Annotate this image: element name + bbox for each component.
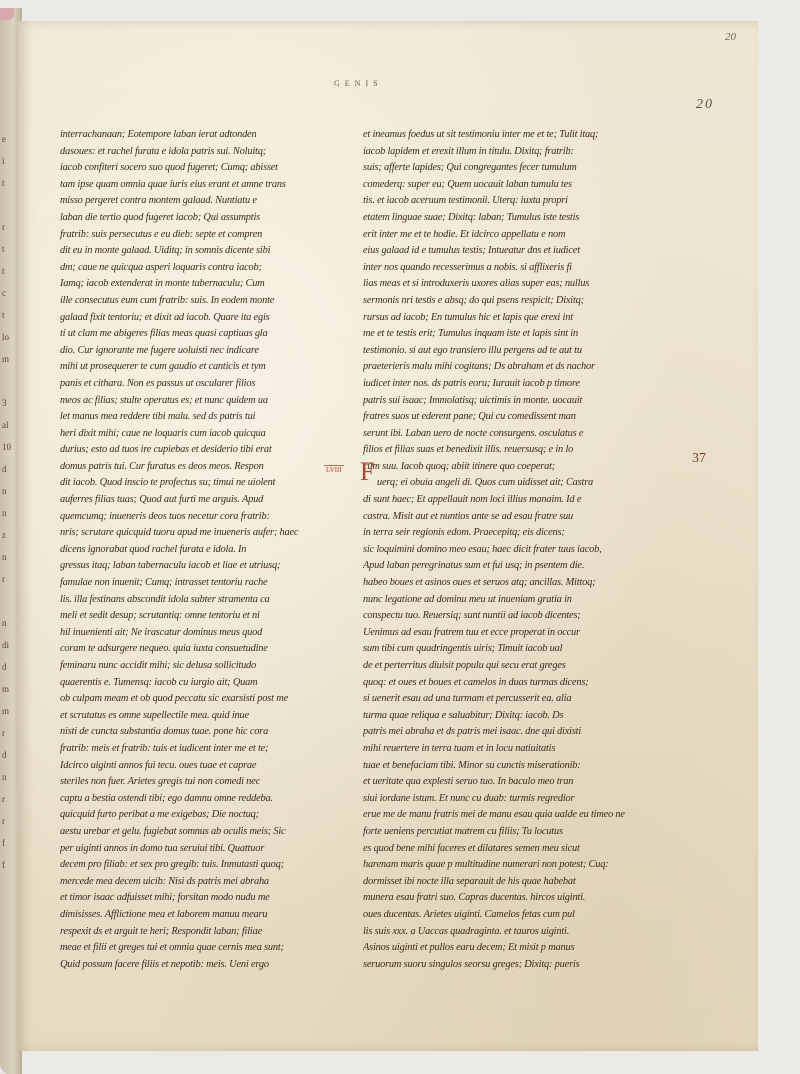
text-line: forte ueniens percutiat matrem cu filiis… (363, 824, 663, 841)
text-line: me et te testis erit; Tumulus inquam ist… (363, 326, 663, 343)
text-line: fratrib: meis et fratrib: tuis et iudice… (60, 741, 342, 758)
text-line: uerq; ei obuia angeli di. Quos cum uidis… (363, 475, 663, 492)
text-line: meos ac filias; stulte operatus es; et n… (60, 393, 342, 410)
text-line: erue me de manu fratris mei de manu esau… (363, 807, 663, 824)
text-line: Asinos uiginti et pullos earu decem; Et … (363, 940, 663, 957)
text-line: et timor isaac adfuisset mihi; forsitan … (60, 890, 342, 907)
text-line: mihi reuertere in terra tuam et in locu … (363, 741, 663, 758)
marginal-chapter-number: 37 (692, 451, 706, 467)
text-line: comederq: super eu; Quem uocauit laban t… (363, 177, 663, 194)
text-line: meae et filii et greges tui et omnia qua… (60, 940, 342, 957)
text-line: filios et filias suas et benedixit illis… (363, 442, 663, 459)
text-line: dit iacob. Quod inscio te profectus su; … (60, 475, 342, 492)
text-line: et ineamus foedus ut sit testimoniu inte… (363, 127, 663, 144)
text-line: et ueritate qua explesti seruo tuo. In b… (363, 774, 663, 791)
chapter-marker: LVIII (324, 465, 344, 474)
text-line: feminaru nunc accidit mihi; sic delusa s… (60, 658, 342, 675)
text-line: domus patris tui. Cur furatus es deos me… (60, 459, 342, 476)
text-line: eius galaad id e tumulus testis; Intueat… (363, 243, 663, 260)
text-line: hil inuenienti ait; Ne irascatur dominus… (60, 625, 342, 642)
text-line: fratres suos ut ederent pane; Qui cu com… (363, 409, 663, 426)
text-line: lias meas et si introduxeris uxores alia… (363, 276, 663, 293)
text-line: di sunt haec; Et appellauit nom loci ill… (363, 492, 663, 509)
text-line: respexit ds et arguit te heri; Respondit… (60, 924, 342, 941)
text-line: lis. illa festinans abscondit idola subt… (60, 592, 342, 609)
text-line: nris; scrutare quicquid tuoru apud me in… (60, 525, 342, 542)
text-line: sic loquimini domino meo esau; haec dici… (363, 542, 663, 559)
text-line: per uiginti annos in domo tua seruiui ti… (60, 841, 342, 858)
text-line: dicens ignorabat quod rachel furata e id… (60, 542, 342, 559)
text-line: Quid possum facere filiis et nepotib: me… (60, 957, 342, 974)
text-line: coram te adsurgere nequeo. quia iuxta co… (60, 641, 342, 658)
text-line: serunt ibi. Laban uero de nocte consurge… (363, 426, 663, 443)
page-tab-marker (0, 8, 14, 20)
text-line: testimonio. si aut ego transiero illu pe… (363, 343, 663, 360)
text-line: dasoues: et rachel furata e idola patris… (60, 144, 342, 161)
folio-number-pencil: 20 (725, 31, 736, 43)
text-line: dio. Cur ignorante me fugere uoluisti ne… (60, 343, 342, 360)
text-line: dormisset ibi nocte illa separauit de hi… (363, 874, 663, 891)
text-line: laban die tertio quod fugeret iacob; Qui… (60, 210, 342, 227)
text-line: quoq: et oues et boues et camelos in dua… (363, 675, 663, 692)
text-line: nunc legatione ad dominu meu ut inueniam… (363, 592, 663, 609)
text-line: auferres filias tuas; Quod aut furti me … (60, 492, 342, 509)
text-line: etatem linguae suae; Dixitq: laban; Tumu… (363, 210, 663, 227)
text-line: patris sui isaac; Immolatisq; uictimis i… (363, 393, 663, 410)
text-line: harenam maris quae p multitudine numerar… (363, 857, 663, 874)
text-line: decem pro filiab: et sex pro gregib: tui… (60, 857, 342, 874)
text-line: cum suu. Iacob quoq; abiit itinere quo c… (363, 459, 663, 476)
text-line: si uenerit esau ad una turmam et percuss… (363, 691, 663, 708)
text-column-left: interrachanaan; Eotempore laban ierat ad… (60, 127, 342, 973)
text-line: ti ut clam me abigeres filias meas quasi… (60, 326, 342, 343)
text-line: inter nos quando recesserimus a nobis. s… (363, 260, 663, 277)
text-line: panis et cithara. Non es passus ut oscul… (60, 376, 342, 393)
text-line: erit inter me et te hodie. Et idcirco ap… (363, 227, 663, 244)
text-line: Idcirco uiginti annos fui tecu. oues tua… (60, 758, 342, 775)
text-line: praeterieris malu mihi cogitans; Ds abra… (363, 359, 663, 376)
text-line: lis suis xxx. a Uaccas quadraginta. et t… (363, 924, 663, 941)
text-line: interrachanaan; Eotempore laban ierat ad… (60, 127, 342, 144)
text-line: et scrutatus es omne supellectile mea. q… (60, 708, 342, 725)
text-line: galaad fixit tentoriu; et dixit ad iacob… (60, 310, 342, 327)
text-line: iacob confiteri socero suo quod fugeret;… (60, 160, 342, 177)
text-line: aestu urebar et gelu. fugiebat somnus ab… (60, 824, 342, 841)
text-line: in terra seir regionis edom. Praecepitq;… (363, 525, 663, 542)
text-line: captu a bestia ostendi tibi; ego damnu o… (60, 791, 342, 808)
text-line: quemcumq; inueneris deos tuos necetur co… (60, 509, 342, 526)
text-line: de et perterritus diuisit populu qui sec… (363, 658, 663, 675)
text-line: siui iordane istum. Et nunc cu duab: tur… (363, 791, 663, 808)
text-line: heri dixit mihi; caue ne loquaris cum ia… (60, 426, 342, 443)
text-line: mercede mea decem uicib: Nisi ds patris … (60, 874, 342, 891)
text-line: Iamq; iacob extenderat in monte tabernac… (60, 276, 342, 293)
text-line: nisti de cuncta substantia domus tuae. p… (60, 724, 342, 741)
text-line: patris mei abraha et ds patris mei isaac… (363, 724, 663, 741)
text-line: dit eu in monte galaad. Uiditq; in somni… (60, 243, 342, 260)
text-line: quaerentis e. Tumensq: iacob cu iurgio a… (60, 675, 342, 692)
text-line: habeo boues et asinos oues et seruos atq… (363, 575, 663, 592)
text-line: Uenimus ad esau fratrem tuu et ecce prop… (363, 625, 663, 642)
text-column-right: et ineamus foedus ut sit testimoniu inte… (363, 127, 663, 973)
text-line: steriles non fuer. Arietes gregis tui no… (60, 774, 342, 791)
text-line: munera esau fratri suo. Capras ducentas.… (363, 890, 663, 907)
text-line: famulae non inuenit; Cumq; intrasset ten… (60, 575, 342, 592)
text-line: misso pergeret contra montem galaad. Nun… (60, 193, 342, 210)
text-line: iacob lapidem et erexit illum in titulu.… (363, 144, 663, 161)
text-line: dm; caue ne quicqua asperi loquaris cont… (60, 260, 342, 277)
text-line: rursus ad iacob; En tumulus hic et lapis… (363, 310, 663, 327)
text-line: let manus mea reddere tibi malu. sed ds … (60, 409, 342, 426)
rubricated-initial: F (360, 459, 374, 485)
text-line: turma quae reliqua e saluabitur; Dixitq:… (363, 708, 663, 725)
text-line: conspectu tuo. Reuersiq; sunt nuntii ad … (363, 608, 663, 625)
text-line: meli et sedit desup; scrutantiq: omne te… (60, 608, 342, 625)
text-line: oues ducentas. Arietes uiginti. Camelos … (363, 907, 663, 924)
text-line: gressus itaq; laban tabernaculu iacob et… (60, 558, 342, 575)
text-line: tam ipse quam omnia quae iuris eius eran… (60, 177, 342, 194)
text-line: suis; afferte lapides; Qui congregantes … (363, 160, 663, 177)
text-line: es quod bene mihi faceres et dilatares s… (363, 841, 663, 858)
manuscript-leaf: 20 20 GENIS interrachanaan; Eotempore la… (18, 21, 758, 1051)
folio-number-ink: 20 (696, 97, 714, 113)
text-line: sermonis nri testis e absq; do qui psens… (363, 293, 663, 310)
facing-page-text: e i t r t t c t lo m 3 al 10 d n n z n r… (2, 128, 18, 888)
text-line: castra. Misit aut et nuntios ante se ad … (363, 509, 663, 526)
text-line: ob culpam meam et ob quod peccatu sic ex… (60, 691, 342, 708)
text-line: Apud laban peregrinatus sum et fui usq; … (363, 558, 663, 575)
text-line: ille consecutus eum cum fratrib: suis. I… (60, 293, 342, 310)
text-line: dimisisses. Afflictione mea et laborem m… (60, 907, 342, 924)
text-line: mihi ut prosequerer te cum gaudio et can… (60, 359, 342, 376)
text-line: seruorum suoru singulos seorsu greges; D… (363, 957, 663, 974)
text-line: iudicet inter nos. ds patris eoru; Iurau… (363, 376, 663, 393)
text-line: tis. et iacob aceruum testimonii. Uterq:… (363, 193, 663, 210)
text-line: sum tibi cum quadringentis uiris; Timuit… (363, 641, 663, 658)
text-line: tuae et benefaciam tibi. Minor su cuncti… (363, 758, 663, 775)
running-head: GENIS (334, 79, 383, 88)
text-line: quicquid furto peribat a me exigebas; Di… (60, 807, 342, 824)
text-line: durius; esto ad tuos ire cupiebas et des… (60, 442, 342, 459)
text-line: fratrib: suis persecutus e eu dieb: sept… (60, 227, 342, 244)
